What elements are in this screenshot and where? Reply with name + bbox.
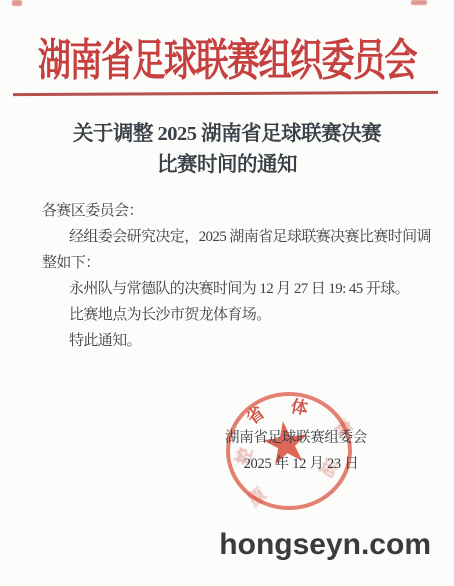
body-paragraph: 经组委会研究决定，2025 湖南省足球联赛决赛比赛时间调	[42, 224, 440, 250]
document-body: 各赛区委员会： 经组委会研究决定，2025 湖南省足球联赛决赛比赛时间调 整如下…	[42, 198, 440, 354]
document-title-line1: 关于调整 2025 湖南省足球联赛决赛	[0, 119, 454, 150]
document-title: 关于调整 2025 湖南省足球联赛决赛 比赛时间的通知	[0, 119, 454, 181]
salutation: 各赛区委员会：	[42, 198, 440, 224]
seal-arc-char: 体	[290, 398, 310, 418]
seal-arc-char-faint: 原	[246, 486, 270, 510]
letterhead-org-name: 湖南省足球联赛组织委员会	[0, 26, 454, 89]
signature-date: 2025 年 12 月 23 日	[145, 452, 454, 473]
body-paragraph: 整如下：	[42, 250, 440, 276]
letterhead-divider	[13, 91, 438, 96]
signature-org: 湖南省足球联赛组委会	[139, 426, 453, 447]
body-paragraph: 比赛地点为长沙市贺龙体育场。	[42, 302, 440, 328]
body-paragraph: 特此通知。	[42, 328, 440, 354]
site-watermark: hongseyn.com	[219, 528, 431, 562]
body-paragraph: 永州队与常德队的决赛时间为 12 月 27 日 19: 45 开球。	[42, 276, 440, 302]
scan-artifact-top-right	[411, 0, 427, 5]
scan-artifact-top-left	[12, 0, 22, 6]
document-title-line2: 比赛时间的通知	[0, 150, 454, 181]
scanned-notice-document: 湖南省足球联赛组织委员会 关于调整 2025 湖南省足球联赛决赛 比赛时间的通知…	[0, 0, 454, 586]
official-seal: ★ 省 体 育 控 原 运	[226, 392, 352, 510]
